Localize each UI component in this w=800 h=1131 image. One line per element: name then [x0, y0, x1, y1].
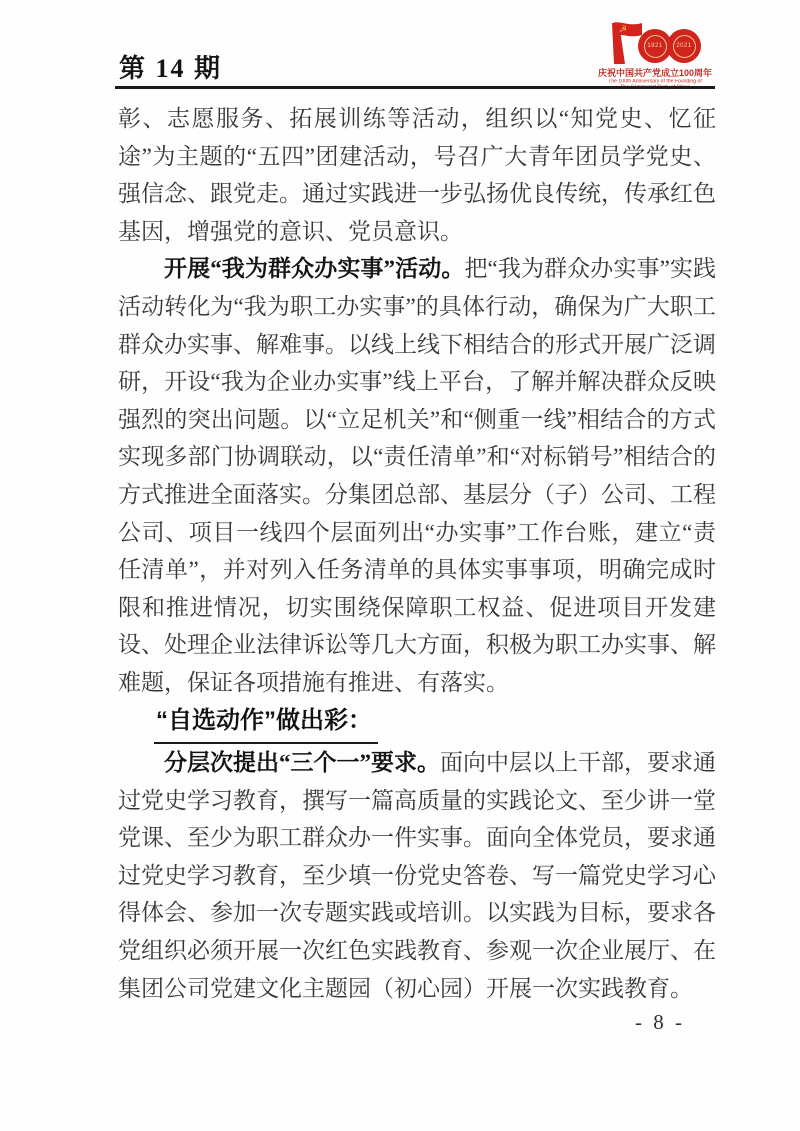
document-page: 第 14 期 ☭ 1921 2021 庆祝中国共产党成立100周年 The 10…	[0, 0, 800, 1131]
section-heading-text: “自选动作”做出彩：	[154, 702, 378, 745]
logo-caption-english: The 100th Anniversary of the Founding of…	[603, 79, 707, 91]
section-heading: “自选动作”做出彩：	[118, 702, 716, 745]
hammer-sickle-icon: ☭	[619, 24, 627, 34]
document-body: 彰、志愿服务、拓展训练等活动，组织以“知党史、忆征途”为主题的“五四”团建活动，…	[118, 100, 716, 1007]
paragraph: 分层次提出“三个一”要求。面向中层以上干部，要求通过党史学习教育，撰写一篇高质量…	[118, 744, 716, 1007]
paragraph-bold-lead: 开展“我为群众办实事”活动。	[164, 256, 464, 281]
issue-number-label: 第 14 期	[119, 48, 222, 85]
paragraph-bold-lead: 分层次提出“三个一”要求。	[164, 750, 440, 775]
header-divider-line	[115, 86, 715, 89]
logo-caption-chinese: 庆祝中国共产党成立100周年	[594, 66, 716, 79]
cpc-100th-anniversary-logo: ☭ 1921 2021 庆祝中国共产党成立100周年 The 100th Ann…	[594, 22, 716, 93]
party-flag-icon: ☭	[609, 22, 643, 64]
paragraph: 彰、志愿服务、拓展训练等活动，组织以“知党史、忆征途”为主题的“五四”团建活动，…	[118, 100, 716, 250]
logo-number-100: ☭ 1921 2021	[600, 22, 710, 64]
page-number: - 8 -	[622, 1010, 698, 1035]
paragraph: 开展“我为群众办实事”活动。把“我为群众办实事”实践活动转化为“我为职工办实事”…	[118, 250, 716, 701]
logo-zero-2021: 2021	[667, 29, 701, 63]
